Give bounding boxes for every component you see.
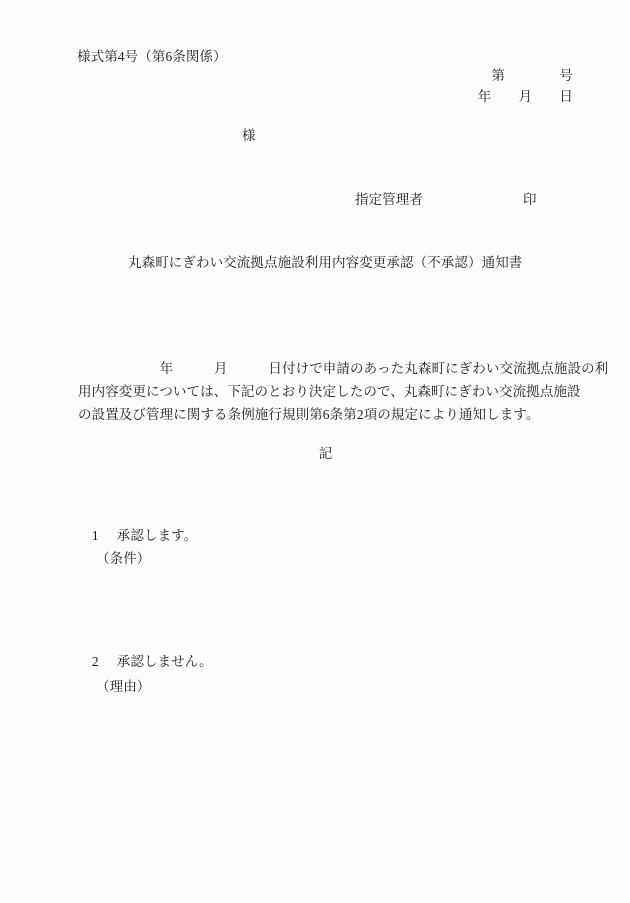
- body-line: の設置及び管理に関する条例施行規則第6条第2項の規定により通知します。: [78, 406, 539, 423]
- item-1-label: 承認します。: [117, 528, 198, 543]
- issuer-label: 指定管理者: [355, 191, 423, 208]
- item-1-number: 1: [92, 528, 99, 543]
- item-1-note: （条件）: [96, 550, 150, 567]
- body-line: 用内容変更については、下記のとおり決定したので、丸森町にぎわい交流拠点施設: [78, 383, 581, 400]
- recipient-honorific: 様: [242, 127, 256, 144]
- item-2-note: （理由）: [96, 678, 150, 695]
- section-marker: 記: [78, 445, 573, 462]
- seal-placeholder: 印: [523, 191, 537, 208]
- form-number-label: 様式第4号（第6条関係）: [77, 48, 227, 65]
- document-title: 丸森町にぎわい交流拠点施設利用内容変更承認（不承認）通知書: [128, 254, 522, 271]
- item-2-number: 2: [92, 654, 99, 669]
- document-page: 様式第4号（第6条関係） 第 号 年 月 日 様 指定管理者 印 丸森町にぎわい…: [0, 0, 630, 903]
- document-number-line: 第 号: [491, 67, 573, 84]
- item-2-label: 承認しません。: [117, 654, 213, 669]
- body-line: 年 月 日付けで申請のあった丸森町にぎわい交流拠点施設の利: [78, 360, 608, 377]
- date-line: 年 月 日: [478, 88, 573, 105]
